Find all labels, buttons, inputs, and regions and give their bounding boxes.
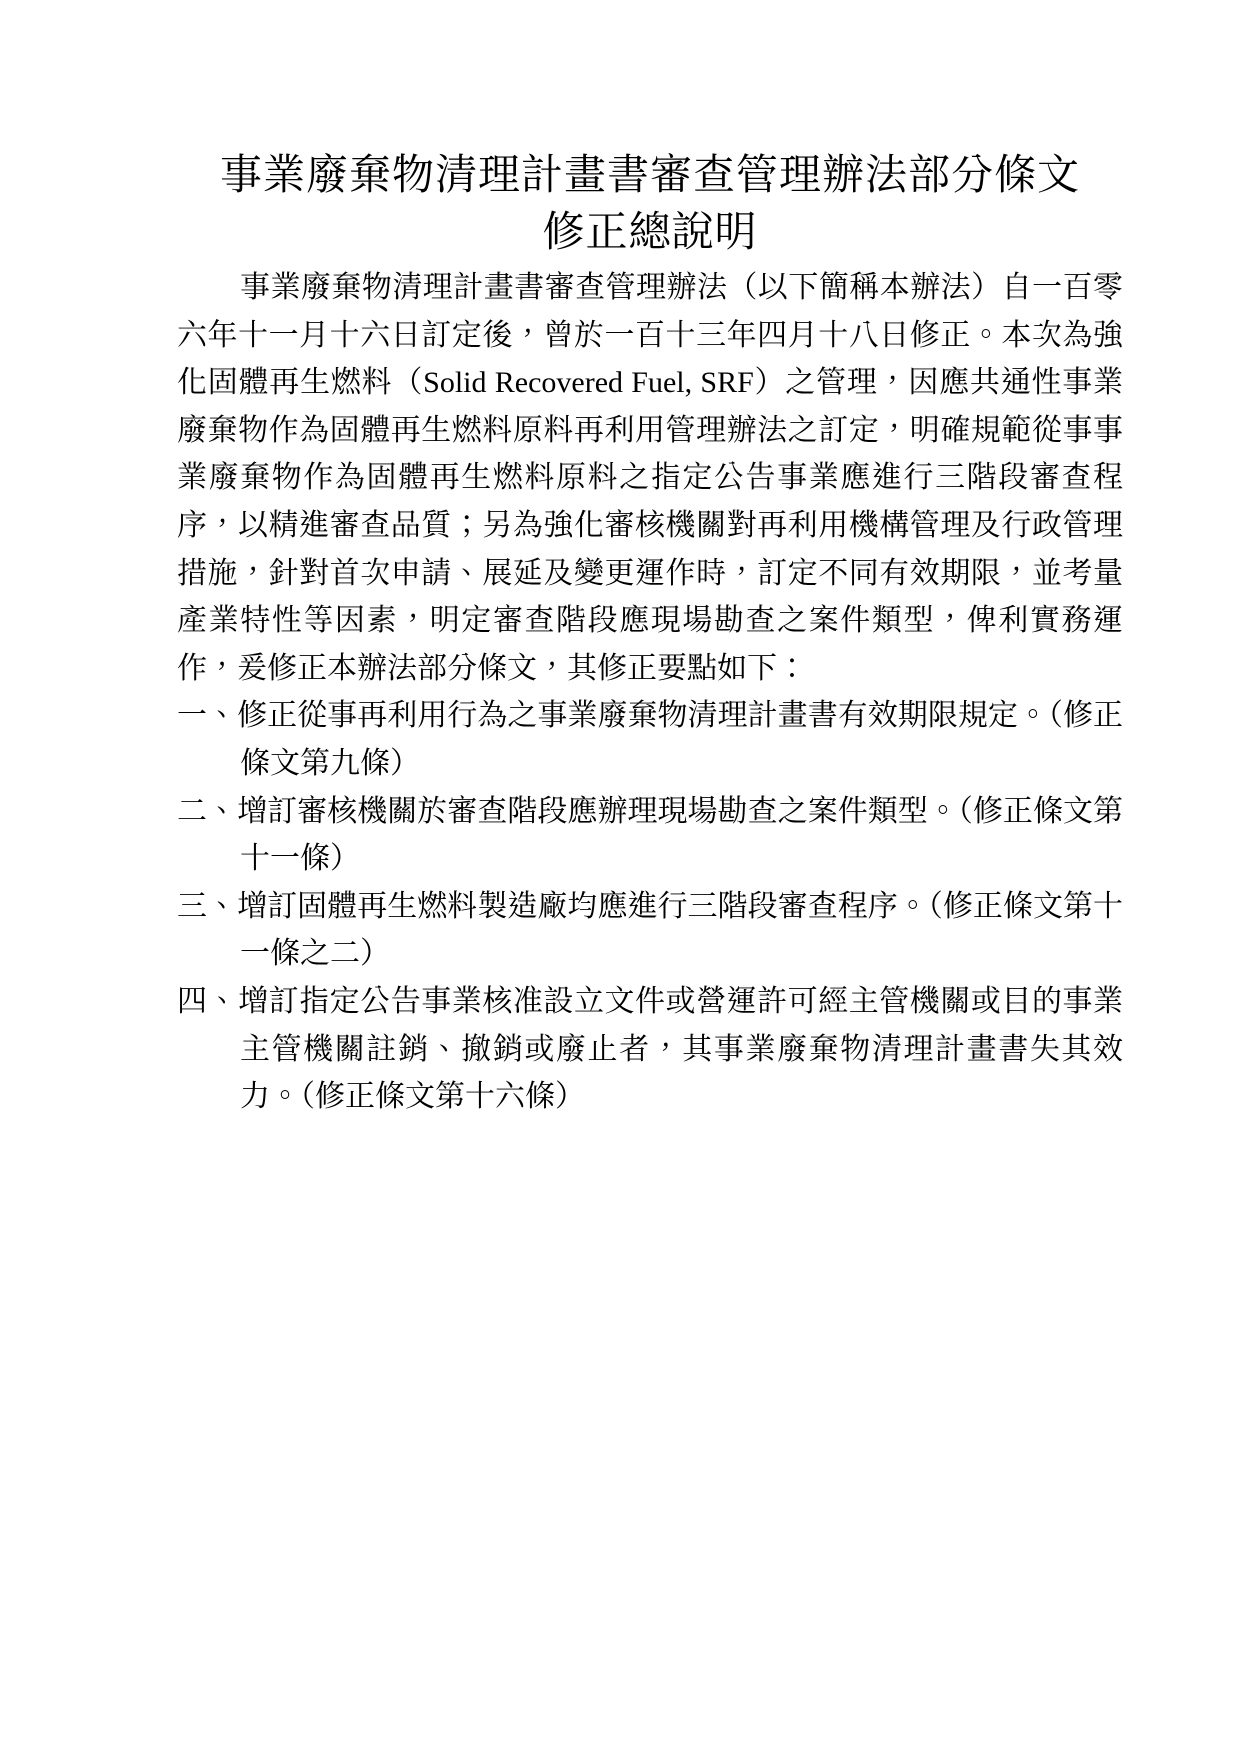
list-item-text: 修正從事再利用行為之事業廢棄物清理計畫書有效期限規定。（修正條文第九條） xyxy=(237,699,1123,780)
document-title-line-2: 修正總說明 xyxy=(177,205,1123,262)
amendment-list: 一、修正從事再利用行為之事業廢棄物清理計畫書有效期限規定。（修正條文第九條） 二… xyxy=(177,692,1123,1120)
list-item-text: 增訂固體再生燃料製造廠均應進行三階段審查程序。（修正條文第十一條之二） xyxy=(237,890,1123,971)
list-item-text: 增訂指定公告事業核准設立文件或營運許可經主管機關或目的事業主管機關註銷、撤銷或廢… xyxy=(238,985,1123,1113)
list-item: 一、修正從事再利用行為之事業廢棄物清理計畫書有效期限規定。（修正條文第九條） xyxy=(177,692,1123,787)
list-item: 三、增訂固體再生燃料製造廠均應進行三階段審查程序。（修正條文第十一條之二） xyxy=(177,883,1123,978)
document-body: 事業廢棄物清理計畫書審查管理辦法（以下簡稱本辦法）自一百零六年十一月十六日訂定後… xyxy=(177,264,1123,1121)
list-item: 四、增訂指定公告事業核准設立文件或營運許可經主管機關或目的事業主管機關註銷、撤銷… xyxy=(177,978,1123,1121)
list-item: 二、增訂審核機關於審查階段應辦理現場勘查之案件類型。（修正條文第十一條） xyxy=(177,788,1123,883)
list-item-marker: 一、 xyxy=(177,699,237,732)
document-title: 事業廢棄物清理計畫書審查管理辦法部分條文 修正總說明 xyxy=(177,148,1123,262)
document-page: 事業廢棄物清理計畫書審查管理辦法部分條文 修正總說明 事業廢棄物清理計畫書審查管… xyxy=(0,0,1240,1754)
intro-paragraph: 事業廢棄物清理計畫書審查管理辦法（以下簡稱本辦法）自一百零六年十一月十六日訂定後… xyxy=(177,264,1123,692)
list-item-marker: 三、 xyxy=(177,890,237,923)
list-item-marker: 二、 xyxy=(177,795,237,828)
document-title-line-1: 事業廢棄物清理計畫書審查管理辦法部分條文 xyxy=(177,148,1123,205)
list-item-marker: 四、 xyxy=(177,985,238,1018)
list-item-text: 增訂審核機關於審查階段應辦理現場勘查之案件類型。（修正條文第十一條） xyxy=(237,795,1123,876)
